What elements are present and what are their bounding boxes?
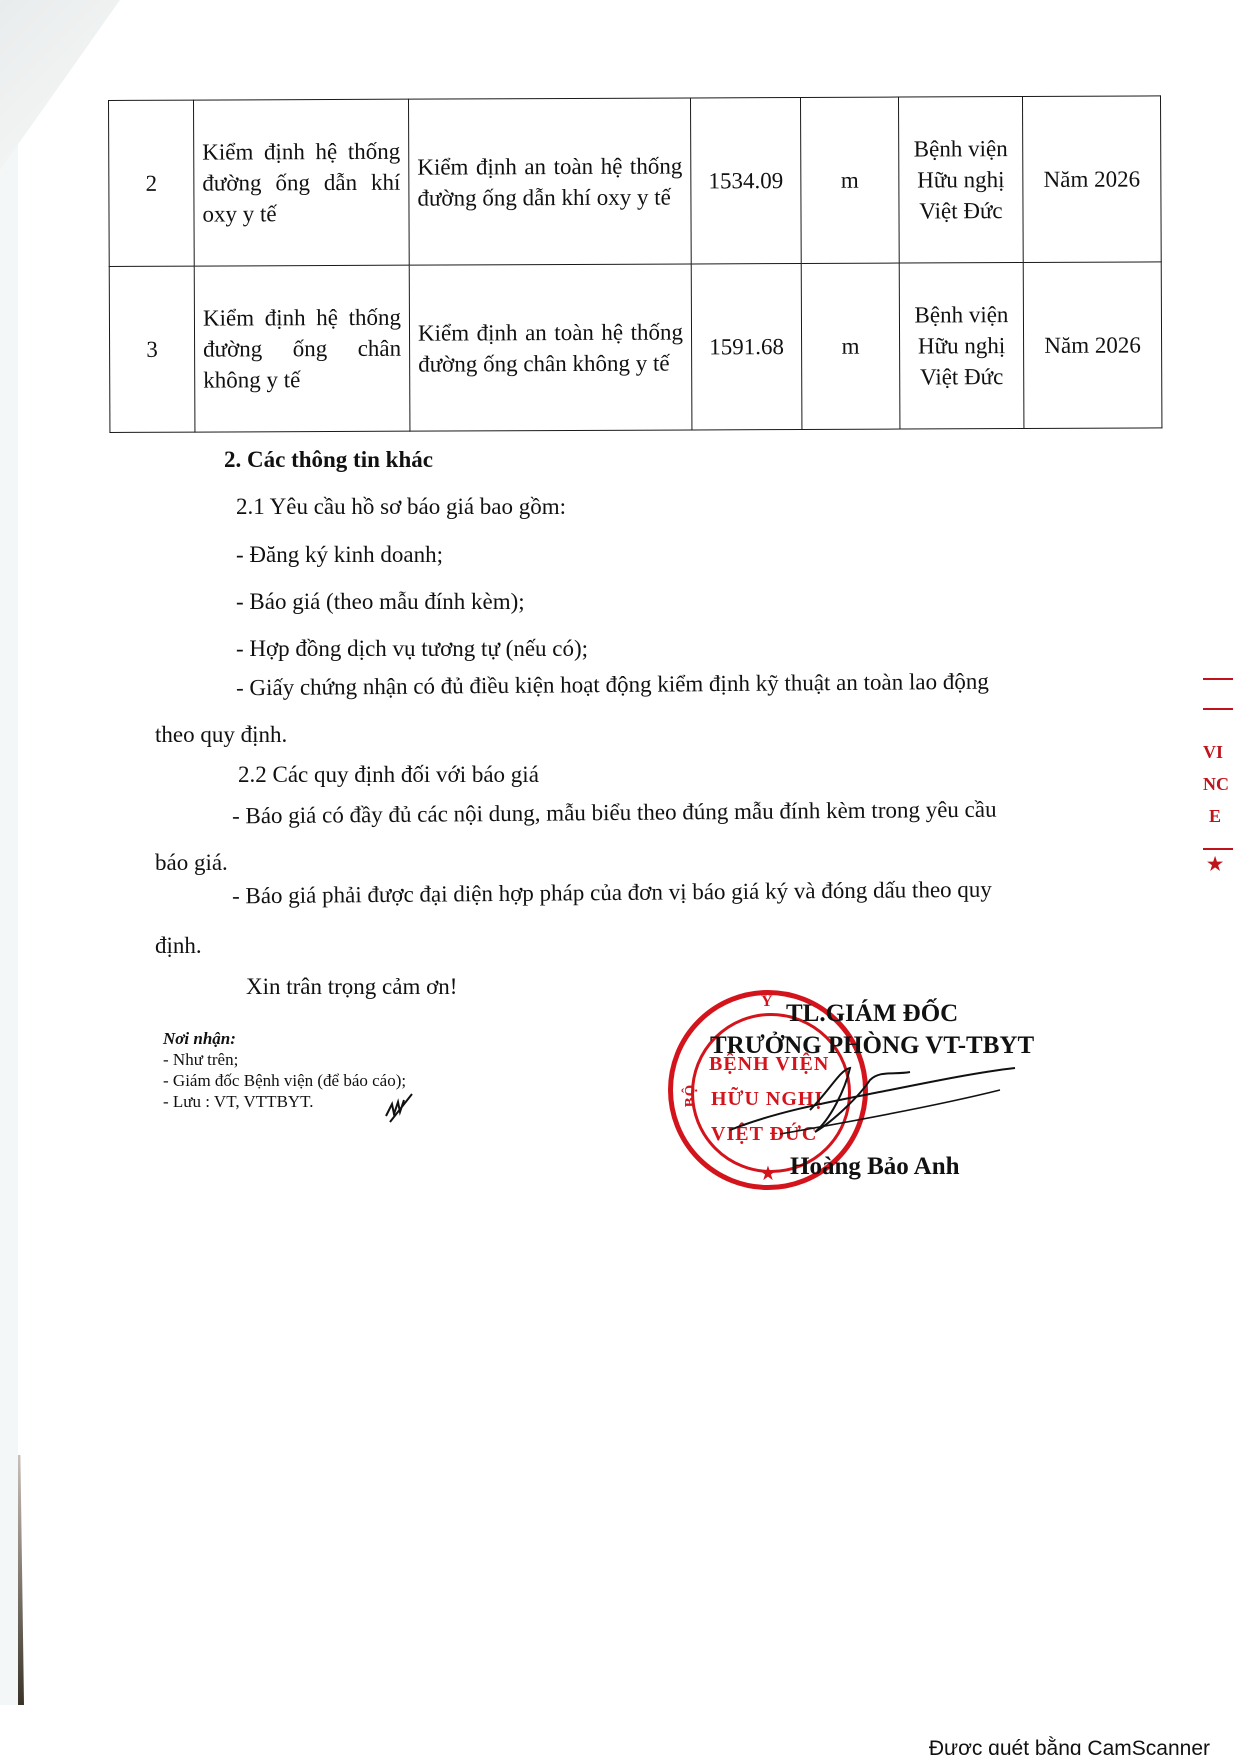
stamp-top-letter: Y <box>761 993 774 1011</box>
requirement-item: - Báo giá (theo mẫu đính kèm); <box>236 589 525 615</box>
requirement-item: - Hợp đồng dịch vụ tương tự (nếu có); <box>236 636 588 662</box>
recipients-block: Nơi nhận: - Như trên; - Giám đốc Bệnh vi… <box>163 1028 406 1112</box>
cell-quantity: 1534.09 <box>690 97 801 263</box>
requirement-item-cont: theo quy định. <box>155 722 287 748</box>
cell-description: Kiểm định an toàn hệ thống đường ống dẫn… <box>408 98 691 265</box>
stamp-rule <box>1203 708 1233 710</box>
cell-no: 3 <box>109 266 195 432</box>
table-row: 3 Kiểm định hệ thống đường ống chân khôn… <box>109 262 1162 433</box>
table-row: 2 Kiểm định hệ thống đường ống dẫn khí o… <box>109 96 1162 267</box>
scan-shadow <box>18 1455 24 1705</box>
stamp-fragment: E <box>1209 806 1221 827</box>
cell-no: 2 <box>109 100 195 266</box>
initials-scribble <box>382 1090 416 1126</box>
stamp-side-text: BỘ <box>682 1084 699 1108</box>
cell-name: Kiểm định hệ thống đường ống chân không … <box>194 265 410 432</box>
star-icon: ★ <box>759 1161 777 1186</box>
subsection-title-2-2: 2.2 Các quy định đối với báo giá <box>238 762 539 788</box>
signature-title-1: TL.GIÁM ĐỐC <box>786 1000 958 1028</box>
cell-unit: m <box>800 97 899 263</box>
cell-quantity: 1591.68 <box>691 263 802 429</box>
cell-place: Bệnh viện Hữu nghị Việt Đức <box>898 97 1023 264</box>
closing-line: Xin trân trọng cảm ơn! <box>246 974 457 1000</box>
cell-time: Năm 2026 <box>1023 262 1162 429</box>
signatory-name: Hoàng Bảo Anh <box>790 1153 960 1181</box>
rule-item: - Báo giá có đầy đủ các nội dung, mẫu bi… <box>232 797 997 830</box>
cell-place: Bệnh viện Hữu nghị Việt Đức <box>899 263 1024 430</box>
star-icon: ★ <box>1207 854 1223 875</box>
stamp-rule <box>1203 678 1233 680</box>
scanner-watermark: Được quét bằng CamScanner <box>929 1737 1210 1755</box>
requirement-item: - Giấy chứng nhận có đủ điều kiện hoạt đ… <box>236 669 989 702</box>
scan-left-edge <box>0 0 18 1705</box>
subsection-title-2-1: 2.1 Yêu cầu hồ sơ báo giá bao gồm: <box>236 494 566 520</box>
handwritten-signature <box>720 1050 1020 1140</box>
folded-page-corner <box>0 0 120 170</box>
cell-unit: m <box>801 263 900 429</box>
cell-name: Kiểm định hệ thống đường ống dẫn khí oxy… <box>194 99 410 266</box>
stamp-fragment: NC <box>1203 774 1229 795</box>
stamp-rule <box>1203 848 1233 850</box>
adjacent-stamp-fragment: VI NC E ★ <box>1195 670 1240 900</box>
recipient-item: - Lưu : VT, VTTBYT. <box>163 1091 406 1112</box>
section-heading: 2. Các thông tin khác <box>224 447 433 473</box>
rule-item: - Báo giá phải được đại diện hợp pháp củ… <box>232 877 992 910</box>
recipient-item: - Như trên; <box>163 1049 406 1070</box>
items-table: 2 Kiểm định hệ thống đường ống dẫn khí o… <box>108 95 1162 433</box>
rule-item-cont: định. <box>155 933 202 959</box>
requirement-item: - Đăng ký kinh doanh; <box>236 542 443 568</box>
stamp-fragment: VI <box>1203 742 1223 763</box>
rule-item-cont: báo giá. <box>155 850 228 876</box>
cell-time: Năm 2026 <box>1022 96 1161 263</box>
cell-description: Kiểm định an toàn hệ thống đường ống châ… <box>409 264 692 431</box>
recipient-item: - Giám đốc Bệnh viện (để báo cáo); <box>163 1070 406 1091</box>
recipients-title: Nơi nhận: <box>163 1028 406 1049</box>
